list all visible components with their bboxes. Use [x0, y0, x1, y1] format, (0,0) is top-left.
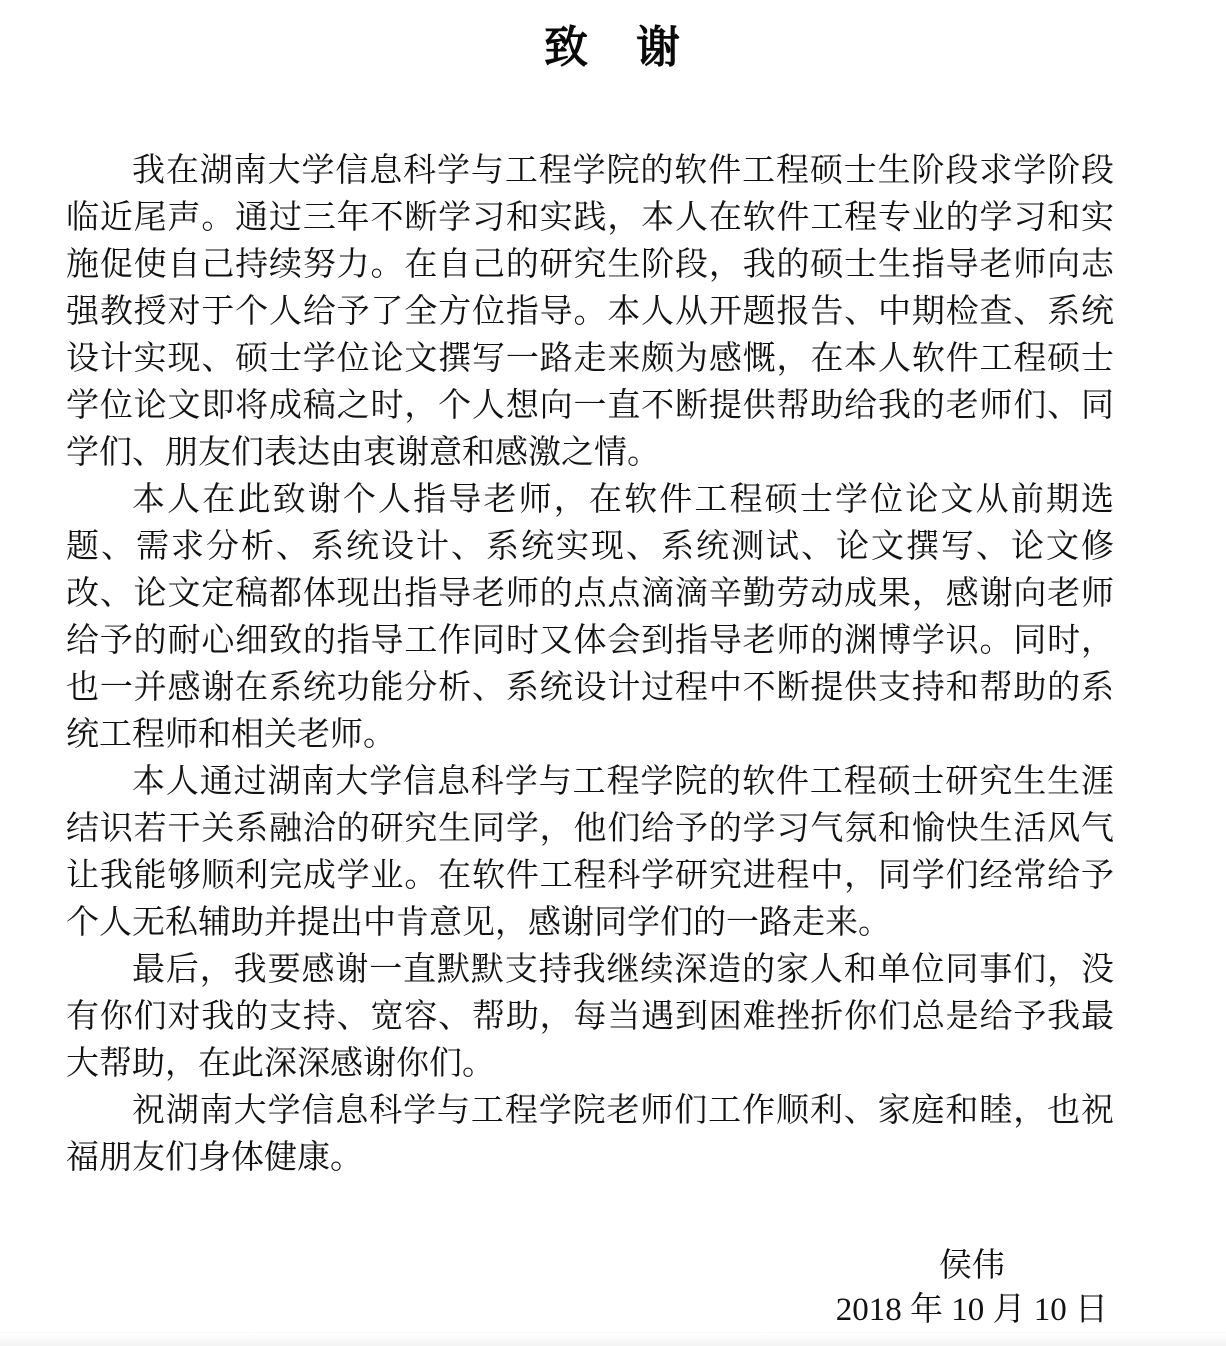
- body-text: 我在湖南大学信息科学与工程学院的软件工程硕士生阶段求学阶段临近尾声。通过三年不断…: [66, 148, 1114, 1182]
- page-bottom-edge: [0, 1332, 1226, 1346]
- paragraph-3: 本人通过湖南大学信息科学与工程学院的软件工程硕士研究生生涯结识若干关系融洽的研究…: [66, 759, 1114, 947]
- page-title: 致 谢: [0, 0, 1226, 72]
- acknowledgements-page: 致 谢 我在湖南大学信息科学与工程学院的软件工程硕士生阶段求学阶段临近尾声。通过…: [0, 0, 1226, 1346]
- paragraph-4: 最后，我要感谢一直默默支持我继续深造的家人和单位同事们，没有你们对我的支持、宽容…: [66, 947, 1114, 1088]
- paragraph-1: 我在湖南大学信息科学与工程学院的软件工程硕士生阶段求学阶段临近尾声。通过三年不断…: [66, 148, 1114, 477]
- paragraph-5: 祝湖南大学信息科学与工程学院老师们工作顺利、家庭和睦，也祝福朋友们身体健康。: [66, 1088, 1114, 1182]
- signature-block: 侯伟 2018 年 10 月 10 日: [836, 1243, 1108, 1330]
- signature-name: 侯伟: [836, 1243, 1108, 1290]
- signature-date: 2018 年 10 月 10 日: [836, 1290, 1108, 1330]
- paragraph-2: 本人在此致谢个人指导老师，在软件工程硕士学位论文从前期选题、需求分析、系统设计、…: [66, 477, 1114, 759]
